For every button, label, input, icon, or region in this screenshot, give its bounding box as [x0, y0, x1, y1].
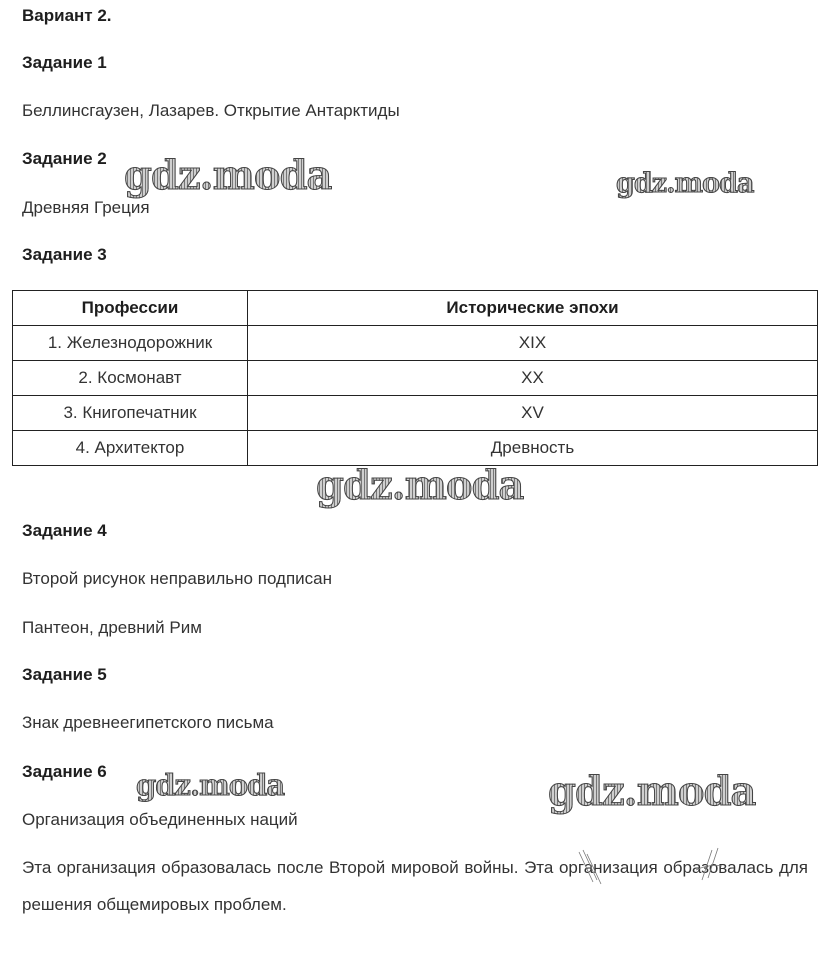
task-6-heading: Задание 6: [22, 762, 107, 782]
table-row: 3. Книгопечатник XV: [13, 396, 818, 431]
task-3-heading: Задание 3: [22, 245, 107, 265]
profession-cell: 2. Космонавт: [13, 361, 248, 396]
task-6-answer-2: Эта организация образовалась после Второ…: [22, 849, 808, 923]
epoch-cell: XV: [248, 396, 818, 431]
watermark-logo: gdz.moda: [316, 462, 523, 509]
table-row: 4. Архитектор Древность: [13, 431, 818, 466]
watermark-logo: gdz.moda: [136, 768, 284, 802]
profession-cell: 4. Архитектор: [13, 431, 248, 466]
professions-table: Профессии Исторические эпохи 1. Железнод…: [12, 290, 818, 466]
epoch-cell: XX: [248, 361, 818, 396]
profession-cell: 1. Железнодорожник: [13, 326, 248, 361]
epoch-cell: XIX: [248, 326, 818, 361]
watermark-logo: gdz.moda: [616, 168, 753, 199]
watermark-logo: gdz.moda: [548, 768, 755, 815]
task-2-answer: Древняя Греция: [22, 198, 150, 218]
task-4-heading: Задание 4: [22, 521, 107, 541]
task-4-answer-2: Пантеон, древний Рим: [22, 618, 202, 638]
task-1-answer: Беллинсгаузен, Лазарев. Открытие Антаркт…: [22, 101, 400, 121]
profession-cell: 3. Книгопечатник: [13, 396, 248, 431]
task-1-heading: Задание 1: [22, 53, 107, 73]
task-2-heading: Задание 2: [22, 149, 107, 169]
table-header-row: Профессии Исторические эпохи: [13, 291, 818, 326]
epoch-cell: Древность: [248, 431, 818, 466]
column-header-professions: Профессии: [13, 291, 248, 326]
task-5-answer: Знак древнеегипетского письма: [22, 713, 274, 733]
column-header-epochs: Исторические эпохи: [248, 291, 818, 326]
variant-title: Вариант 2.: [22, 6, 112, 26]
table-row: 2. Космонавт XX: [13, 361, 818, 396]
watermark-logo: gdz.moda: [124, 152, 331, 199]
task-4-answer-1: Второй рисунок неправильно подписан: [22, 569, 332, 589]
table-row: 1. Железнодорожник XIX: [13, 326, 818, 361]
task-6-answer-1: Организация объединенных наций: [22, 810, 298, 830]
task-5-heading: Задание 5: [22, 665, 107, 685]
